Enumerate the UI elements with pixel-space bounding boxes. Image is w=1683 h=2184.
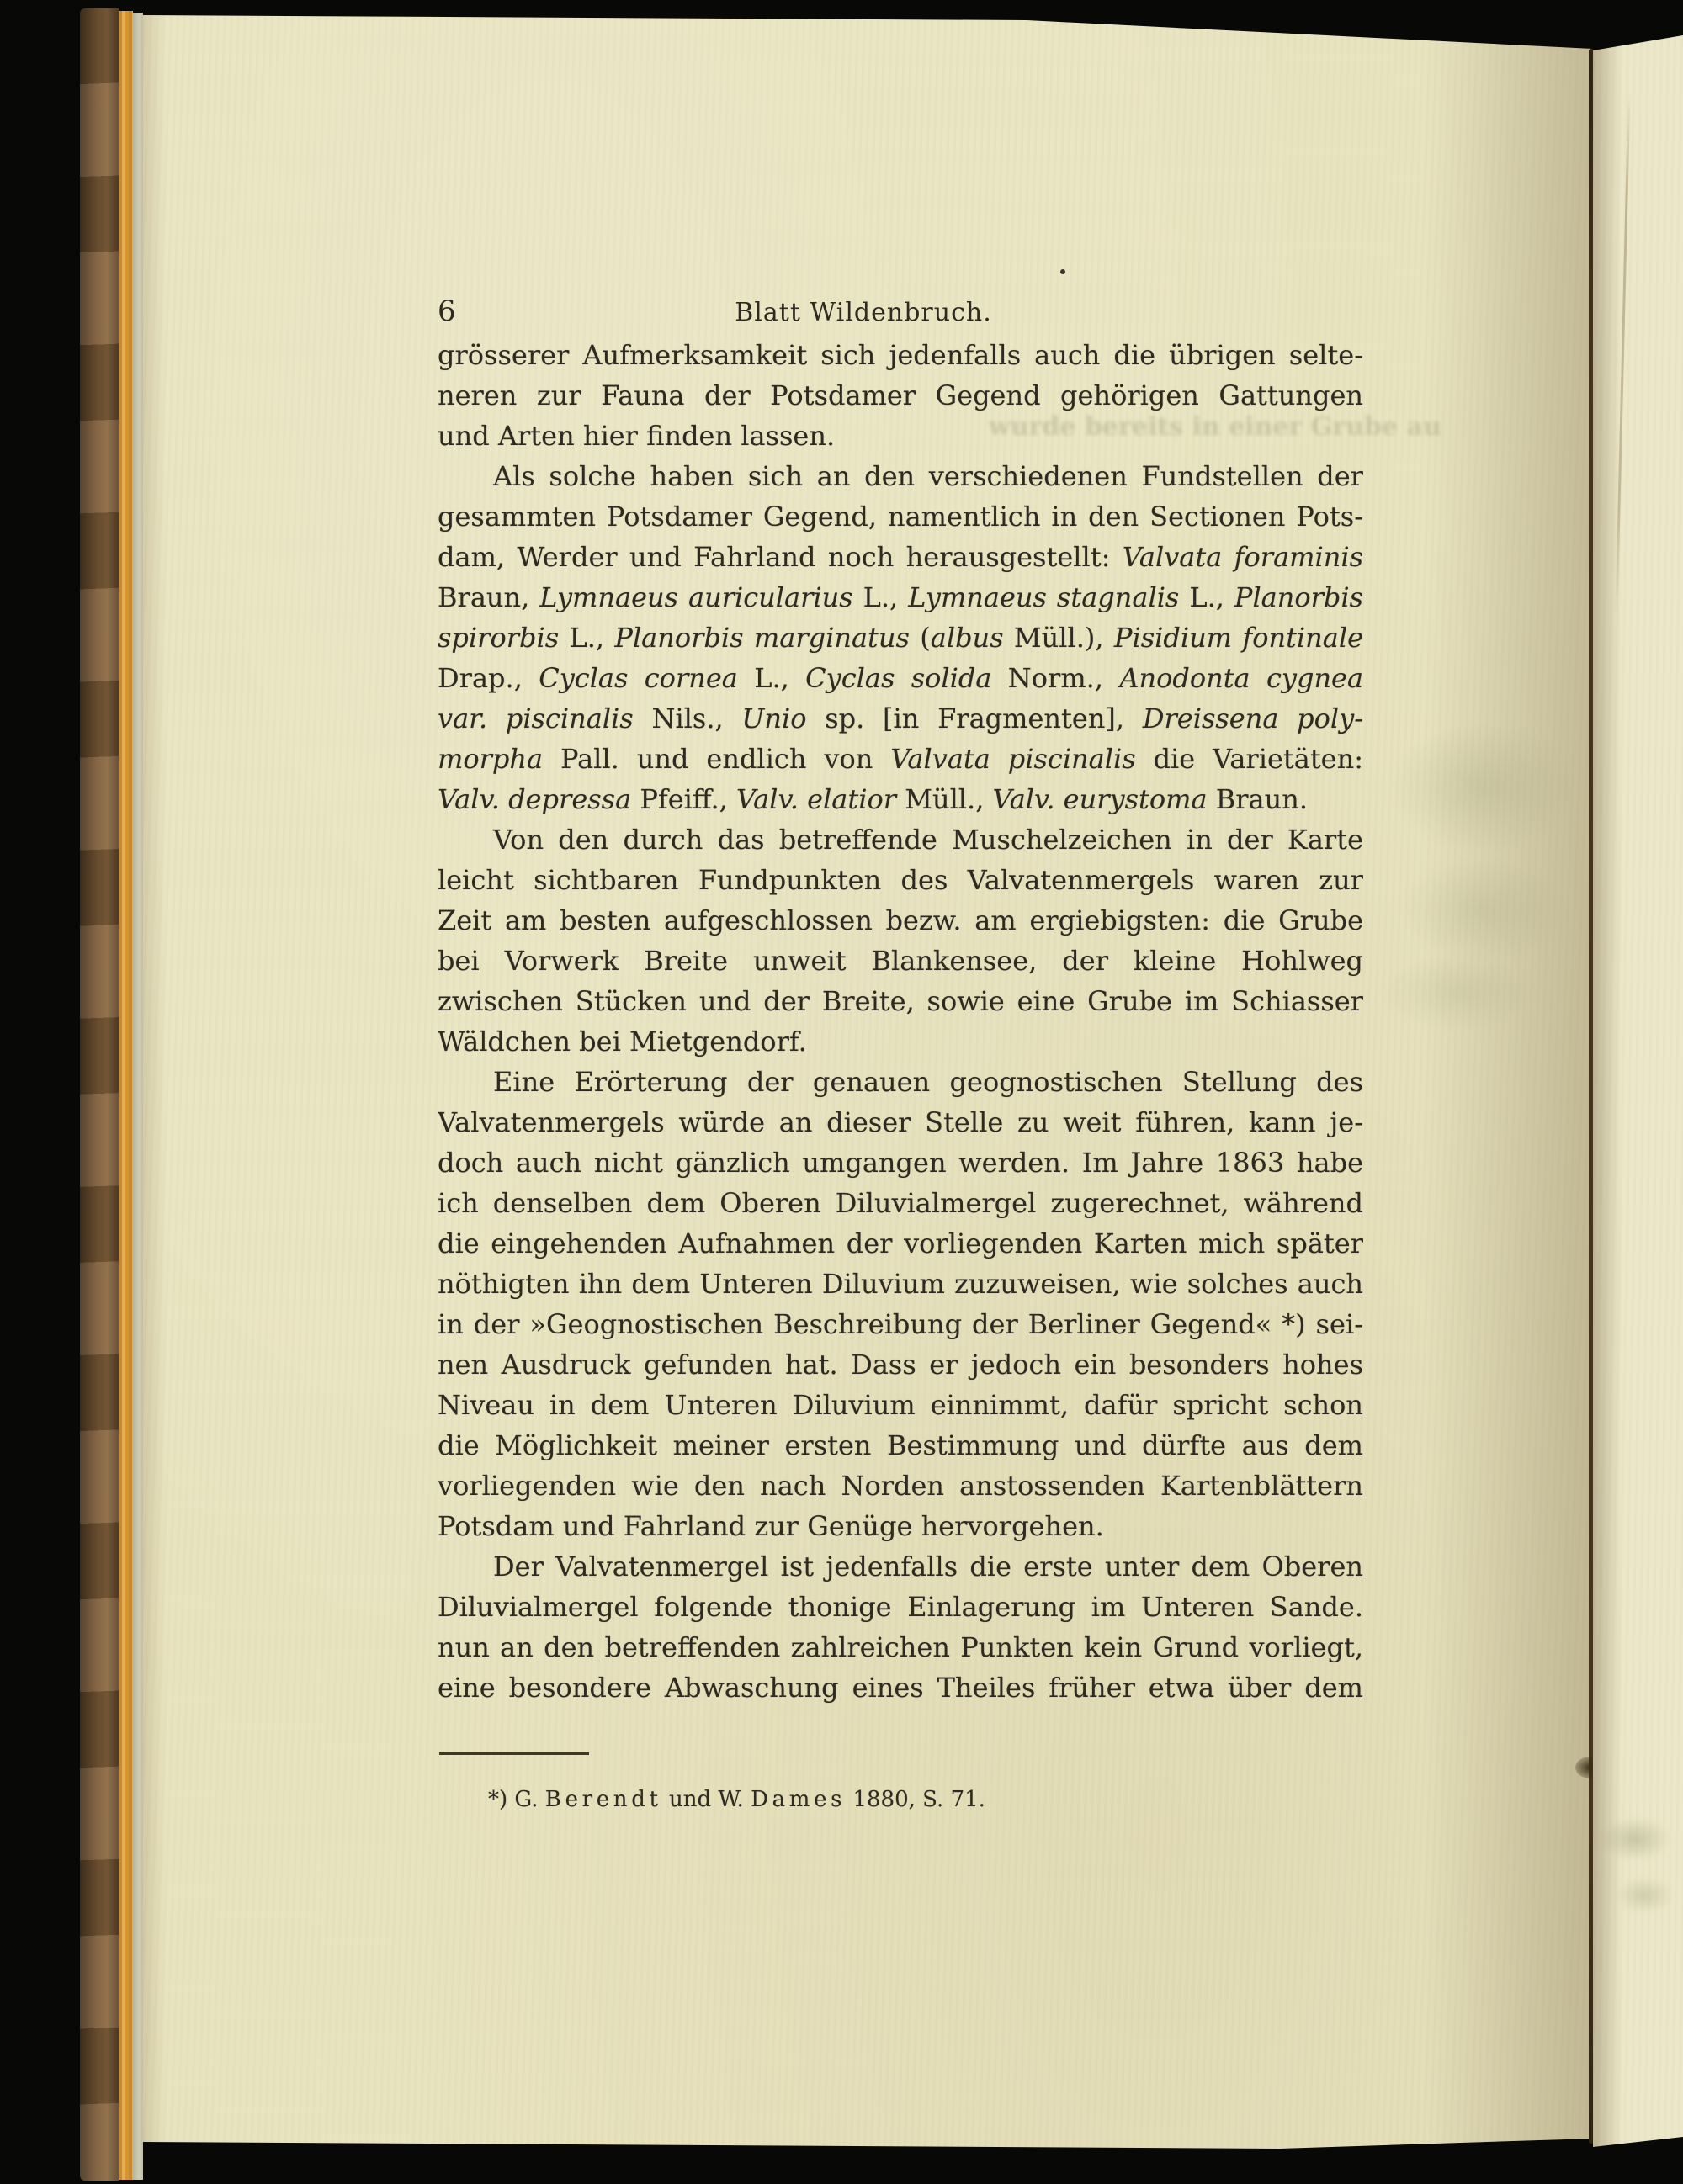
text-line: Von den durch das betreffende Muschelzei… (438, 819, 1363, 860)
text-line: Braun, Lymnaeus auricularius L., Lymnaeu… (438, 577, 1363, 618)
text-line: die Möglichkeit meiner ersten Bestimmung… (438, 1425, 1363, 1466)
footnote-text: *) G. Berendt und W. Dames 1880, S. 71. (488, 1785, 1363, 1814)
text-line: in der »Geognostischen Beschreibung der … (438, 1304, 1363, 1344)
page-header: 6 Blatt Wildenbruch. (438, 293, 1363, 335)
text-line: grösserer Aufmerksamkeit sich jedenfalls… (438, 335, 1363, 375)
bleedthrough-smudge (1615, 1878, 1674, 1913)
left-page: 6 Blatt Wildenbruch. grösserer Aufmerksa… (143, 10, 1592, 2152)
text-line: gesammten Potsdamer Gegend, namentlich i… (438, 496, 1363, 537)
text-line: var. piscinalis Nils., Unio sp. [in Frag… (438, 698, 1363, 739)
text-line: spirorbis L., Planorbis marginatus (albu… (438, 618, 1363, 658)
text-line: Als solche haben sich an den verschieden… (438, 456, 1363, 496)
text-line: nen Ausdruck gefunden hat. Dass er jedoc… (438, 1344, 1363, 1385)
text-line: die eingehenden Aufnahmen der vorliegend… (438, 1223, 1363, 1264)
running-title: Blatt Wildenbruch. (735, 298, 991, 327)
page-number: 6 (438, 294, 456, 328)
text-line: dam, Werder und Fahrland noch herausgest… (438, 537, 1363, 577)
text-line: Valvatenmergels würde an dieser Stelle z… (438, 1102, 1363, 1142)
text-line: Der Valvatenmergel ist jedenfalls die er… (438, 1546, 1363, 1587)
text-line: doch auch nicht gänzlich umgangen werden… (438, 1142, 1363, 1183)
text-line: leicht sichtbaren Fundpunkten des Valvat… (438, 860, 1363, 900)
text-line: Wäldchen bei Mietgendorf. (438, 1021, 1363, 1062)
text-line: ich denselben dem Oberen Diluvialmergel … (438, 1183, 1363, 1223)
ink-speck (1060, 269, 1065, 274)
text-line: Niveau in dem Unteren Diluvium einnimmt,… (438, 1385, 1363, 1425)
footnote-rule (439, 1752, 589, 1755)
text-line: eine besondere Abwaschung eines Theiles … (438, 1667, 1363, 1708)
text-line: Diluvialmergel folgende thonige Einlager… (438, 1587, 1363, 1627)
right-page-sliver (1593, 34, 1683, 2154)
bleedthrough-smudge (1600, 1817, 1670, 1861)
bleedthrough-smudge (1388, 724, 1574, 850)
text-line: Zeit am besten aufgeschlossen bezw. am e… (438, 900, 1363, 941)
text-line: zwischen Stücken und der Breite, sowie e… (438, 981, 1363, 1021)
scanned-book-photo: { "page": { "number": "6", "running_titl… (0, 0, 1683, 2184)
text-line: nun an den betreffenden zahlreichen Punk… (438, 1627, 1363, 1667)
text-line: morpha Pall. und endlich von Valvata pis… (438, 739, 1363, 779)
bleedthrough-smudge (1397, 860, 1565, 961)
book-edge-orange-endpaper (119, 11, 133, 2180)
text-line: Potsdam und Fahrland zur Genüge hervorge… (438, 1506, 1363, 1546)
text-line: Drap., Cyclas cornea L., Cyclas solida N… (438, 658, 1363, 698)
text-line: Valv. depressa Pfeiff., Valv. elatior Mü… (438, 779, 1363, 819)
book-edge-brown-pages (80, 8, 119, 2181)
text-line: neren zur Fauna der Potsdamer Gegend geh… (438, 375, 1363, 416)
book-edge-pale-sheet (133, 13, 143, 2180)
bleedthrough-smudge (1380, 954, 1532, 1030)
text-line: Eine Erörterung der genauen geognostisch… (438, 1062, 1363, 1102)
page-crease (1615, 93, 1630, 614)
text-line: nöthigten ihn dem Unteren Diluvium zuzuw… (438, 1264, 1363, 1304)
text-line: bei Vorwerk Breite unweit Blankensee, de… (438, 941, 1363, 981)
text-line: vorliegenden wie den nach Norden anstoss… (438, 1466, 1363, 1506)
bleedthrough-text: wurde bereits in einer Grube au (989, 412, 1527, 442)
body-text: grösserer Aufmerksamkeit sich jedenfalls… (438, 335, 1363, 1708)
